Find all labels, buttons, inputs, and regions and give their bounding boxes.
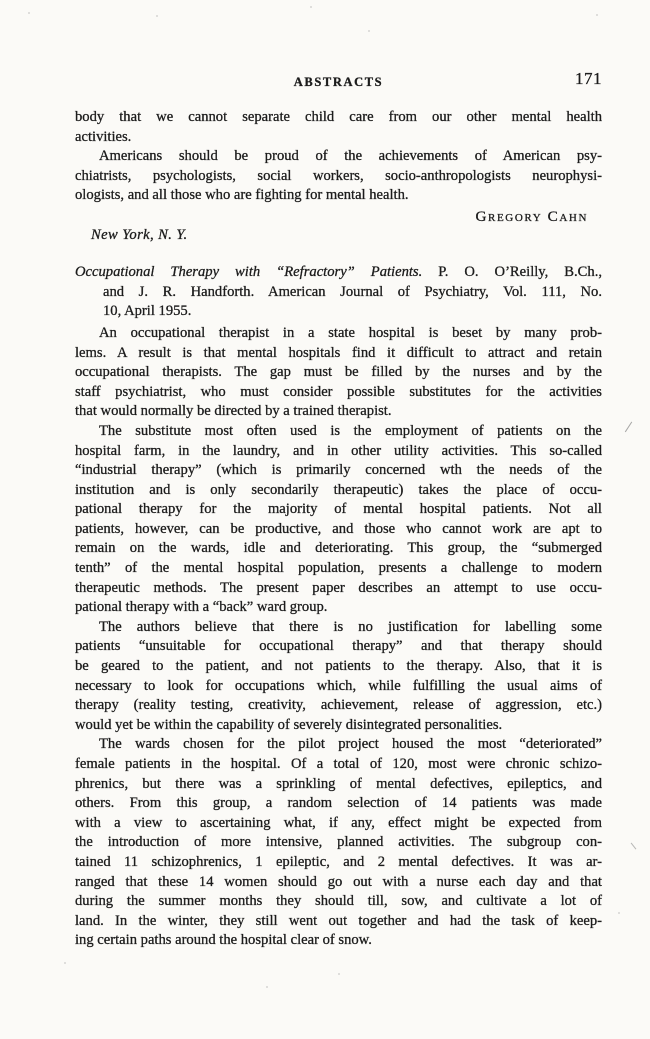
- text-line: during the summer months they should til…: [75, 892, 602, 912]
- text-line: would yet be within the capability of se…: [75, 716, 602, 736]
- text-line: pational therapy with a “back” ward grou…: [75, 598, 602, 618]
- text-line: and J. R. Handforth. American Journal of…: [75, 283, 602, 303]
- scan-speck: [266, 986, 268, 988]
- text-line: with a view to ascertaining what, if any…: [75, 814, 602, 834]
- signature-location: New York, N. Y.: [75, 226, 602, 246]
- text-line: therapy (reality testing, creativity, ac…: [75, 696, 602, 716]
- scan-speck: [156, 15, 158, 17]
- text-line: The wards chosen for the pilot project h…: [75, 735, 602, 755]
- signature-author: Gregory Cahn: [75, 207, 602, 227]
- text-line: lems. A result is that mental hospitals …: [75, 344, 602, 364]
- scan-mark: [631, 842, 637, 849]
- scan-speck: [28, 12, 30, 14]
- text-line: land. In the winter, they still went out…: [75, 912, 602, 932]
- text-line: therapeutic methods. The present paper d…: [75, 579, 602, 599]
- journal-page: ABSTRACTS 171 body that we cannot separa…: [0, 0, 650, 1039]
- text-line: necessary to look for occupations which,…: [75, 677, 602, 697]
- text-line: pational therapy for the majority of men…: [75, 500, 602, 520]
- text-line: tained 11 schizophrenics, 1 epileptic, a…: [75, 853, 602, 873]
- text-line: activities.: [75, 128, 602, 148]
- text-line: patients, however, can be productive, an…: [75, 520, 602, 540]
- text-line: staff psychiatrist, who must consider po…: [75, 383, 602, 403]
- previous-abstract-closing: body that we cannot separate child care …: [75, 108, 602, 147]
- article-citation: Occupational Therapy with “Refractory” P…: [75, 263, 602, 322]
- running-head-title: ABSTRACTS: [75, 75, 602, 90]
- citation-title-italic: Occupational Therapy with “Refractory” P…: [75, 264, 422, 280]
- scan-speck: [368, 30, 370, 32]
- text-line: “industrial therapy” (which is primarily…: [75, 461, 602, 481]
- scan-speck: [310, 6, 312, 8]
- text-line: occupational therapists. The gap must be…: [75, 363, 602, 383]
- text-line: body that we cannot separate child care …: [75, 108, 602, 128]
- text-line: be geared to the patient, and not patien…: [75, 657, 602, 677]
- text-line: ologists, and all those who are fighting…: [75, 186, 602, 206]
- text-column: body that we cannot separate child care …: [75, 108, 602, 951]
- abstract-paragraph-4: The wards chosen for the pilot project h…: [75, 735, 602, 951]
- previous-abstract-final-paragraph: Americans should be proud of the achieve…: [75, 147, 602, 206]
- text-line: others. From this group, a random select…: [75, 794, 602, 814]
- text-line: chiatrists, psychologists, social worker…: [75, 167, 602, 187]
- running-head: ABSTRACTS 171: [75, 72, 602, 94]
- text-line: remain on the wards, idle and deteriorat…: [75, 539, 602, 559]
- abstract-paragraph-3: The authors believe that there is no jus…: [75, 618, 602, 736]
- scan-speck: [596, 14, 598, 16]
- text-line: that would normally be directed by a tra…: [75, 402, 602, 422]
- citation-authors: P. O. O’Reilly, B.Ch.,: [422, 264, 602, 280]
- text-line: patients “unsuitable for occupational th…: [75, 637, 602, 657]
- text-line: The authors believe that there is no jus…: [75, 618, 602, 638]
- text-line: Occupational Therapy with “Refractory” P…: [75, 263, 602, 283]
- text-line: 10, April 1955.: [75, 302, 602, 322]
- scan-mark: [625, 422, 633, 433]
- text-line: hospital farm, in the laundry, and in ot…: [75, 442, 602, 462]
- text-line: Americans should be proud of the achieve…: [75, 147, 602, 167]
- text-line: tenth” of the mental hospital population…: [75, 559, 602, 579]
- scan-speck: [64, 962, 66, 964]
- text-line: the introduction of more intensive, plan…: [75, 833, 602, 853]
- page-number: 171: [575, 69, 602, 89]
- text-line: institution and is only secondarily ther…: [75, 481, 602, 501]
- text-line: ranged that these 14 women should go out…: [75, 873, 602, 893]
- abstract-body: An occupational therapist in a state hos…: [75, 324, 602, 951]
- text-line: The substitute most often used is the em…: [75, 422, 602, 442]
- text-line: phrenics, but there was a sprinkling of …: [75, 775, 602, 795]
- scan-speck: [618, 912, 620, 914]
- text-line: An occupational therapist in a state hos…: [75, 324, 602, 344]
- text-line: ing certain paths around the hospital cl…: [75, 931, 602, 951]
- scan-speck: [338, 973, 340, 975]
- abstract-paragraph-2: The substitute most often used is the em…: [75, 422, 602, 618]
- text-line: female patients in the hospital. Of a to…: [75, 755, 602, 775]
- abstract-paragraph-1: An occupational therapist in a state hos…: [75, 324, 602, 422]
